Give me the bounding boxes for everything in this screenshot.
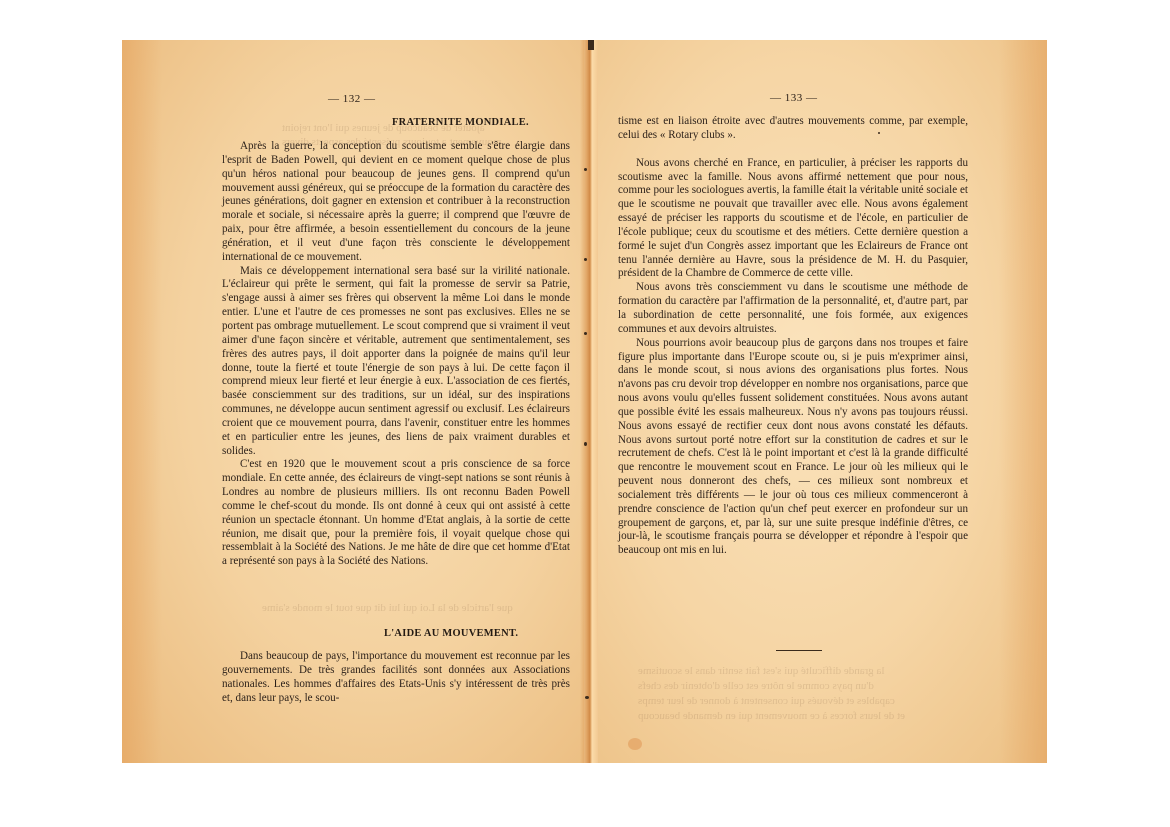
book-scan: ajouter de beaucoup de jeunes qui l'ont … (122, 40, 1047, 763)
page-number: — 133 — (770, 92, 818, 104)
speck (584, 442, 587, 446)
page-number: — 132 — (328, 93, 376, 105)
end-of-chapter-rule (776, 650, 822, 651)
section-heading: FRATERNITE MONDIALE. (392, 117, 529, 128)
show-through-text: capables et dévoués qui consentent à don… (638, 695, 895, 707)
paper-stain (628, 738, 642, 750)
paragraph: Après la guerre, la conception du scouti… (222, 140, 570, 265)
speck (584, 332, 587, 335)
paragraph: Mais ce développement international sera… (222, 265, 570, 459)
paragraph: Nous avons cherché en France, en particu… (618, 157, 968, 282)
show-through-text: la grande difficulté qui s'est fait sent… (638, 665, 884, 677)
speck (878, 132, 880, 134)
paragraph: Nous pourrions avoir beaucoup plus de ga… (618, 337, 968, 559)
spine-mark (588, 40, 594, 50)
show-through-text: et de leurs forces à ce mouvement qui en… (638, 710, 905, 722)
body-text: Après la guerre, la conception du scouti… (222, 140, 570, 569)
right-page: — 133 — tisme est en liaison étroite ave… (598, 40, 1047, 763)
section-heading: L'AIDE AU MOUVEMENT. (384, 628, 518, 639)
speck (584, 168, 587, 171)
show-through-text: que l'article de la Loi qui lui dit que … (262, 602, 513, 614)
show-through-text: d'un pays comme le nôtre est celle d'obt… (638, 680, 874, 692)
left-page: ajouter de beaucoup de jeunes qui l'ont … (122, 40, 584, 763)
page-edge-shadow (122, 40, 162, 763)
paragraph: Dans beaucoup de pays, l'importance du m… (222, 650, 570, 705)
body-text: tisme est en liaison étroite avec d'autr… (618, 115, 968, 558)
body-text: Dans beaucoup de pays, l'importance du m… (222, 650, 570, 705)
paragraph: tisme est en liaison étroite avec d'autr… (618, 115, 968, 143)
paragraph: C'est en 1920 que le mouvement scout a p… (222, 458, 570, 569)
paragraph: Nous avons très consciemment vu dans le … (618, 281, 968, 336)
speck (584, 258, 587, 261)
speck (585, 696, 589, 699)
page-edge-shadow (999, 40, 1047, 763)
